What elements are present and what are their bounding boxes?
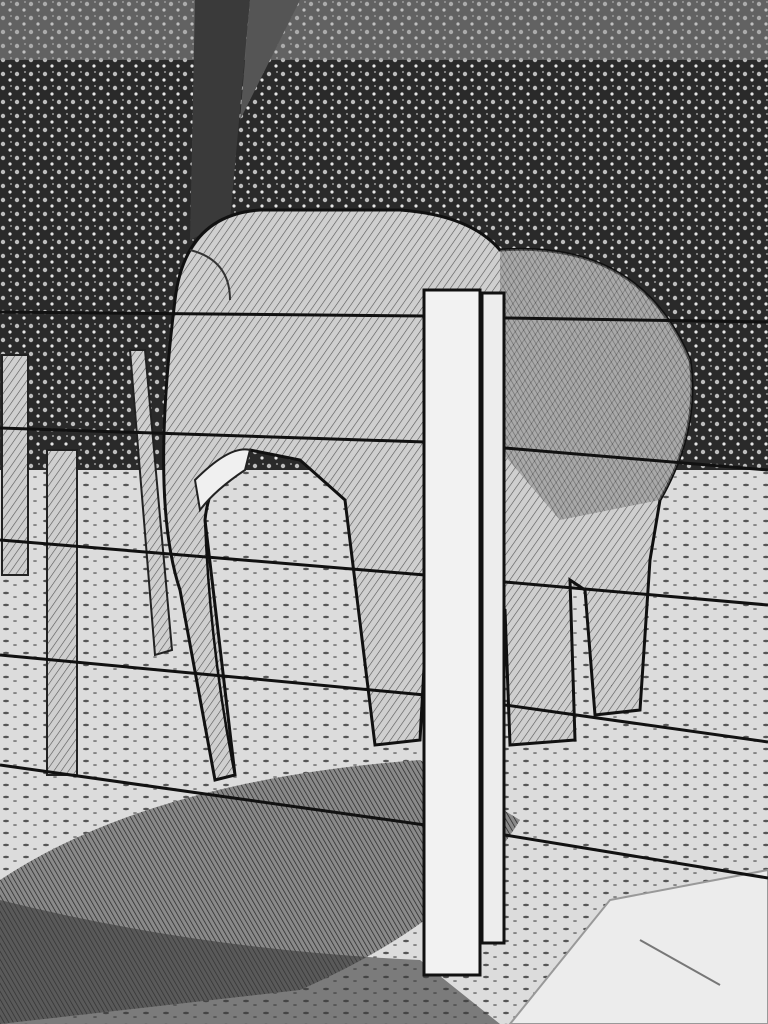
elephant-fence-scene — [0, 0, 768, 1024]
fence-post — [424, 290, 504, 975]
